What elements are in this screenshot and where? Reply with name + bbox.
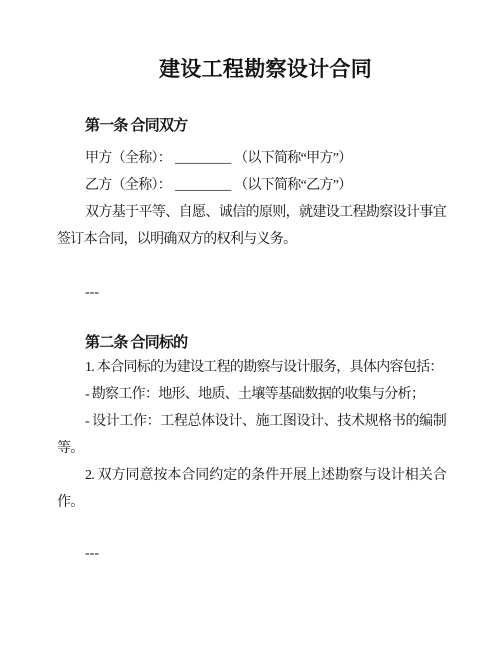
clause-1-paragraph: 1. 本合同标的为建设工程的勘察与设计服务，具体内容包括： bbox=[57, 354, 446, 381]
contract-intro-paragraph: 双方基于平等、自愿、诚信的原则，就建设工程勘察设计事宜签订本合同，以明确双方的权… bbox=[57, 199, 446, 253]
separator-dashes-1: --- bbox=[57, 279, 446, 306]
document-title: 建设工程勘察设计合同 bbox=[57, 55, 446, 85]
section-1-heading: 第一条 合同双方 bbox=[57, 115, 446, 137]
party-a-blank-underline: ________ bbox=[175, 151, 231, 166]
section-2-heading: 第二条 合同标的 bbox=[57, 332, 446, 354]
survey-work-bullet: - 勘察工作：地形、地质、土壤等基础数据的收集与分析； bbox=[57, 381, 446, 408]
separator-dashes-2: --- bbox=[57, 540, 446, 567]
party-b-abbreviation-note: （以下简称“乙方”） bbox=[234, 178, 351, 193]
party-b-line: 乙方（全称）：________（以下简称“乙方”） bbox=[57, 172, 446, 199]
party-a-abbreviation-note: （以下简称“甲方”） bbox=[234, 151, 351, 166]
party-b-blank-underline: ________ bbox=[175, 178, 231, 193]
party-a-label: 甲方（全称）： bbox=[85, 151, 171, 166]
design-work-bullet: - 设计工作：工程总体设计、施工图设计、技术规格书的编制等。 bbox=[57, 408, 446, 462]
contract-document-page: 建设工程勘察设计合同 第一条 合同双方 甲方（全称）：________（以下简称… bbox=[0, 0, 500, 647]
party-a-line: 甲方（全称）：________（以下简称“甲方”） bbox=[57, 145, 446, 172]
party-b-label: 乙方（全称）： bbox=[85, 178, 171, 193]
clause-2-paragraph: 2. 双方同意按本合同约定的条件开展上述勘察与设计相关合作。 bbox=[57, 462, 446, 516]
